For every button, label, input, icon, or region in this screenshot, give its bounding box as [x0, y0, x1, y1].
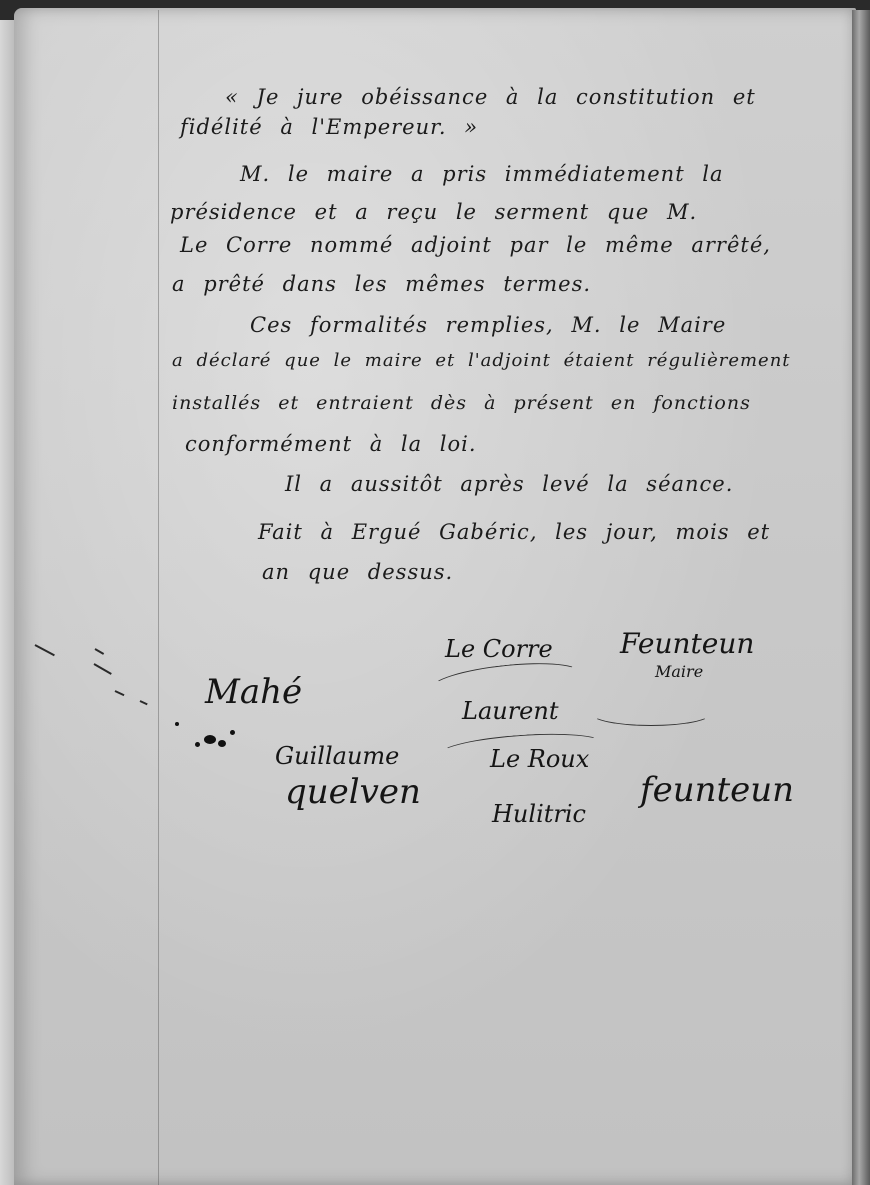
signature-laurent: Laurent	[462, 697, 558, 725]
text-line-7: Ces formalités remplies, M. le Maire	[250, 313, 726, 337]
text-line-8: a déclaré que le maire et l'adjoint étai…	[172, 350, 791, 371]
ink-blot	[218, 740, 226, 747]
signature-guillaume: Guillaume	[275, 742, 399, 770]
ink-blot	[175, 722, 179, 726]
text-line-6: a prêté dans les mêmes termes.	[172, 272, 591, 296]
ink-blot	[195, 742, 200, 747]
signature-hulitric: Hulitric	[492, 800, 586, 828]
text-line-9: installés et entraient dès à présent en …	[172, 392, 751, 414]
signature-le-corre: Le Corre	[445, 635, 553, 663]
text-line-10: conformément à la loi.	[185, 432, 477, 456]
text-line-3: M. le maire a pris immédiatement la	[240, 162, 724, 186]
signature-mahe: Mahé	[205, 672, 302, 712]
margin-rule	[158, 10, 159, 1185]
text-line-4: présidence et a reçu le serment que M.	[170, 200, 697, 224]
signature-feunteun: feunteun	[640, 770, 794, 810]
text-line-11: Il a aussitôt après levé la séance.	[285, 472, 733, 496]
signature-quelven: quelven	[285, 772, 421, 812]
right-binding-edge	[852, 10, 870, 1185]
ink-blot	[204, 735, 216, 744]
text-line-1: « Je jure obéissance à la constitution e…	[225, 85, 756, 109]
text-line-12: Fait à Ergué Gabéric, les jour, mois et	[258, 520, 770, 544]
text-line-5: Le Corre nommé adjoint par le même arrêt…	[180, 233, 771, 257]
ink-blot	[230, 730, 235, 735]
signature-feunteun-maire: Feunteun	[620, 627, 754, 660]
signature-flourish	[590, 700, 712, 726]
signature-maire-title: Maire	[655, 662, 703, 681]
text-line-2: fidélité à l'Empereur. »	[180, 115, 478, 139]
text-line-13: an que dessus.	[262, 560, 453, 584]
